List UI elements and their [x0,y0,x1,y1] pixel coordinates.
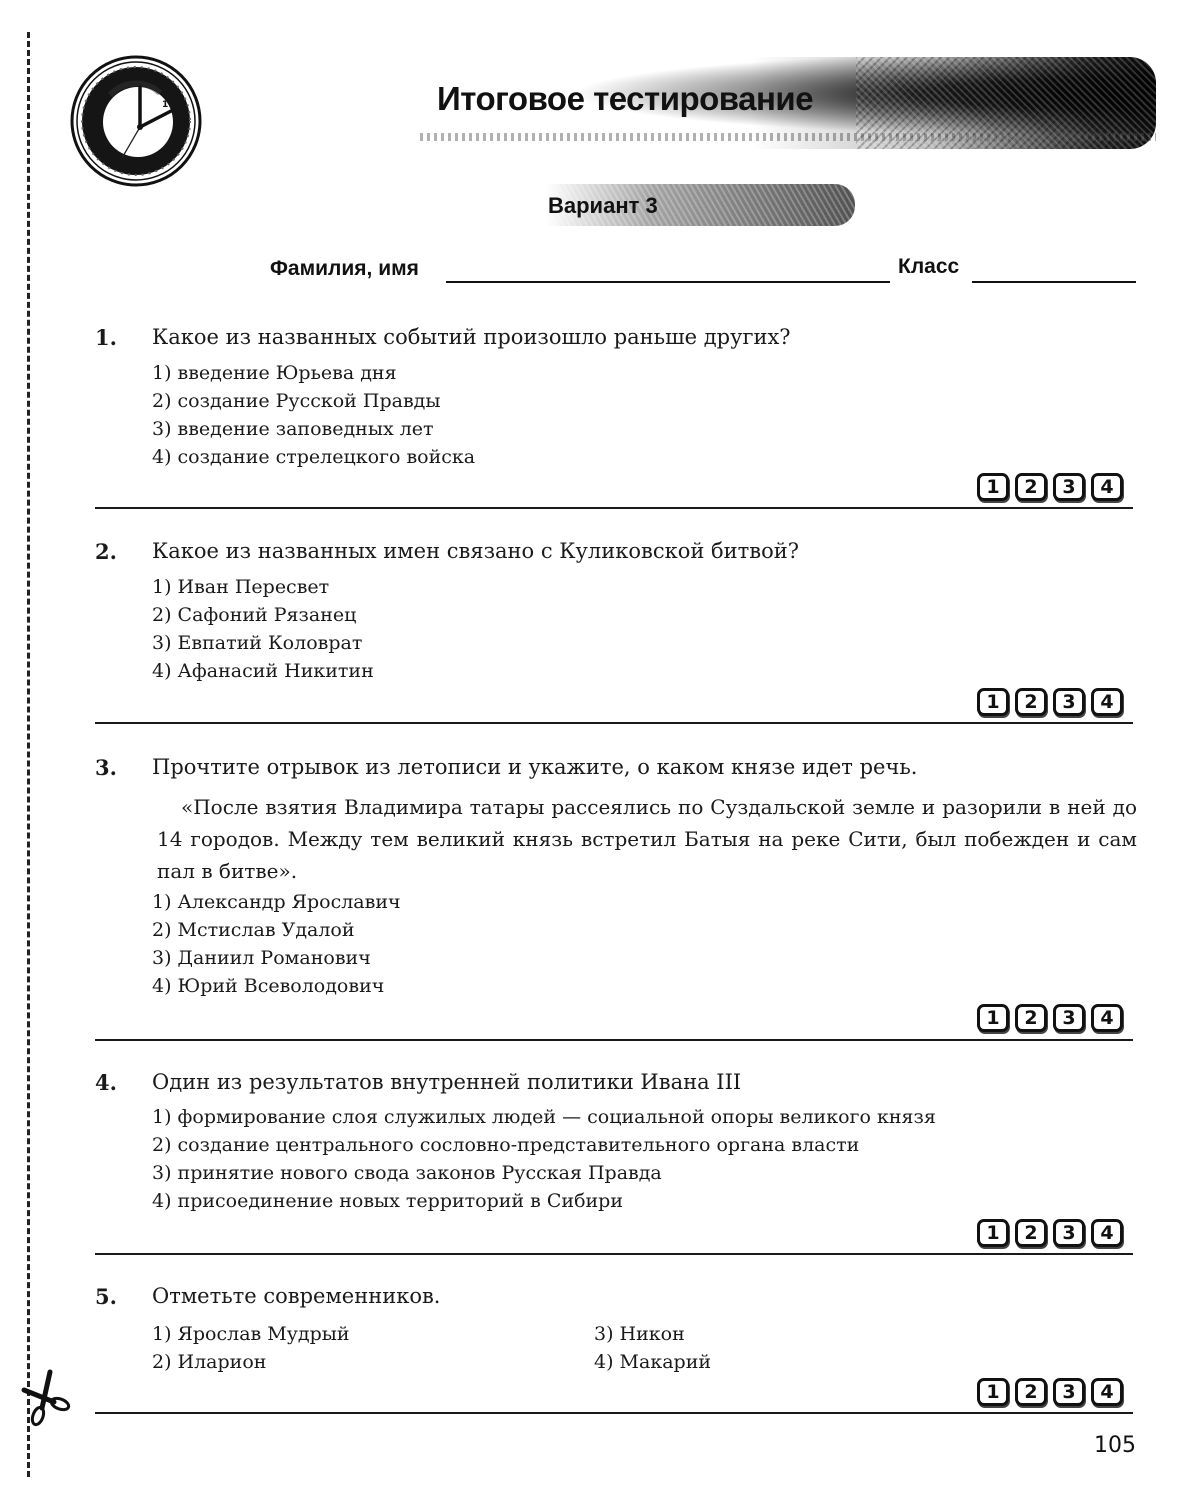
answer-box-3[interactable]: 3 [1053,688,1085,716]
option-item: 3) принятие нового свода законов Русская… [152,1159,936,1187]
question-text: Прочтите отрывок из летописи и укажите, … [152,755,917,779]
question-3: 3. Прочтите отрывок из летописи и укажит… [95,755,1135,1045]
question-divider [95,722,1133,724]
answer-boxes: 1 2 3 4 [977,1378,1123,1406]
question-4: 4. Один из результатов внутренней полити… [95,1070,1135,1258]
answer-box-2[interactable]: 2 [1015,1219,1047,1247]
option-item: 2) Сафоний Рязанец [152,601,374,629]
option-item: 1) формирование слоя служилых людей — со… [152,1103,936,1131]
page-number: 105 [1094,1433,1136,1458]
question-5: 5. Отметьте современников. 1) Ярослав Му… [95,1284,1135,1418]
option-item: 4) присоединение новых территорий в Сиби… [152,1187,936,1215]
option-item: 4) Юрий Всеволодович [152,972,401,1000]
question-divider [95,1253,1133,1255]
option-list: 1) Александр Ярославич 2) Мстислав Удало… [152,888,401,1000]
option-item: 1) Ярослав Мудрый [152,1320,350,1348]
option-item: 4) создание стрелецкого войска [152,443,475,471]
answer-box-3[interactable]: 3 [1053,473,1085,501]
answer-box-2[interactable]: 2 [1015,1378,1047,1406]
answer-boxes: 1 2 3 4 [977,1004,1123,1032]
answer-box-4[interactable]: 4 [1091,1378,1123,1406]
question-1: 1. Какое из названных событий произошло … [95,325,1135,513]
option-item: 3) Евпатий Коловрат [152,629,374,657]
option-list-left: 1) Ярослав Мудрый 2) Иларион [152,1320,350,1376]
question-divider [95,1412,1133,1414]
question-number: 4. [95,1070,117,1095]
answer-box-1[interactable]: 1 [977,1378,1009,1406]
answer-box-4[interactable]: 4 [1091,473,1123,501]
variant-label: Вариант 3 [548,193,658,219]
option-item: 1) Иван Пересвет [152,573,374,601]
question-number: 5. [95,1284,117,1309]
option-item: 3) введение заповедных лет [152,415,475,443]
clock-icon: 12 1 [70,55,202,187]
option-list-right: 3) Никон 4) Макарий [594,1320,711,1376]
answer-box-2[interactable]: 2 [1015,473,1047,501]
question-text: Какое из названных имен связано с Кулико… [152,539,799,563]
question-text: Какое из названных событий произошло ран… [152,325,791,349]
option-item: 2) Иларион [152,1348,350,1376]
question-number: 2. [95,539,117,564]
question-number: 1. [95,325,117,350]
student-info-row: Фамилия, имя Класс [270,253,1136,287]
option-item: 1) Александр Ярославич [152,888,401,916]
scissors-icon [20,1368,72,1428]
answer-box-4[interactable]: 4 [1091,688,1123,716]
answer-box-3[interactable]: 3 [1053,1004,1085,1032]
class-field[interactable] [972,281,1136,283]
option-item: 2) создание центрального сословно-предст… [152,1131,936,1159]
option-item: 2) Мстислав Удалой [152,916,401,944]
answer-boxes: 1 2 3 4 [977,473,1123,501]
chronicle-quote: «После взятия Владимира татары рассеялис… [157,791,1137,887]
option-item: 2) создание Русской Правды [152,387,475,415]
question-divider [95,1039,1133,1041]
question-2: 2. Какое из названных имен связано с Кул… [95,539,1135,727]
answer-boxes: 1 2 3 4 [977,1219,1123,1247]
question-text: Отметьте современников. [152,1284,440,1308]
answer-box-1[interactable]: 1 [977,473,1009,501]
answer-boxes: 1 2 3 4 [977,688,1123,716]
option-item: 1) введение Юрьева дня [152,359,475,387]
option-list: 1) Иван Пересвет 2) Сафоний Рязанец 3) Е… [152,573,374,685]
answer-box-3[interactable]: 3 [1053,1378,1085,1406]
name-field[interactable] [446,281,890,283]
option-item: 4) Макарий [594,1348,711,1376]
answer-box-1[interactable]: 1 [977,1219,1009,1247]
question-number: 3. [95,755,117,780]
answer-box-4[interactable]: 4 [1091,1219,1123,1247]
option-list: 1) введение Юрьева дня 2) создание Русск… [152,359,475,471]
option-item: 3) Никон [594,1320,711,1348]
answer-box-3[interactable]: 3 [1053,1219,1085,1247]
question-text: Один из результатов внутренней политики … [152,1070,741,1094]
answer-box-4[interactable]: 4 [1091,1004,1123,1032]
class-label: Класс [898,255,959,279]
answer-box-1[interactable]: 1 [977,688,1009,716]
option-item: 3) Даниил Романович [152,944,401,972]
answer-box-1[interactable]: 1 [977,1004,1009,1032]
answer-box-2[interactable]: 2 [1015,688,1047,716]
question-divider [95,507,1133,509]
page-title: Итоговое тестирование [437,80,813,118]
cut-line [27,32,30,1477]
answer-box-2[interactable]: 2 [1015,1004,1047,1032]
svg-text:1: 1 [162,100,168,110]
option-list: 1) формирование слоя служилых людей — со… [152,1103,936,1215]
name-label: Фамилия, имя [270,257,419,281]
option-item: 4) Афанасий Никитин [152,657,374,685]
